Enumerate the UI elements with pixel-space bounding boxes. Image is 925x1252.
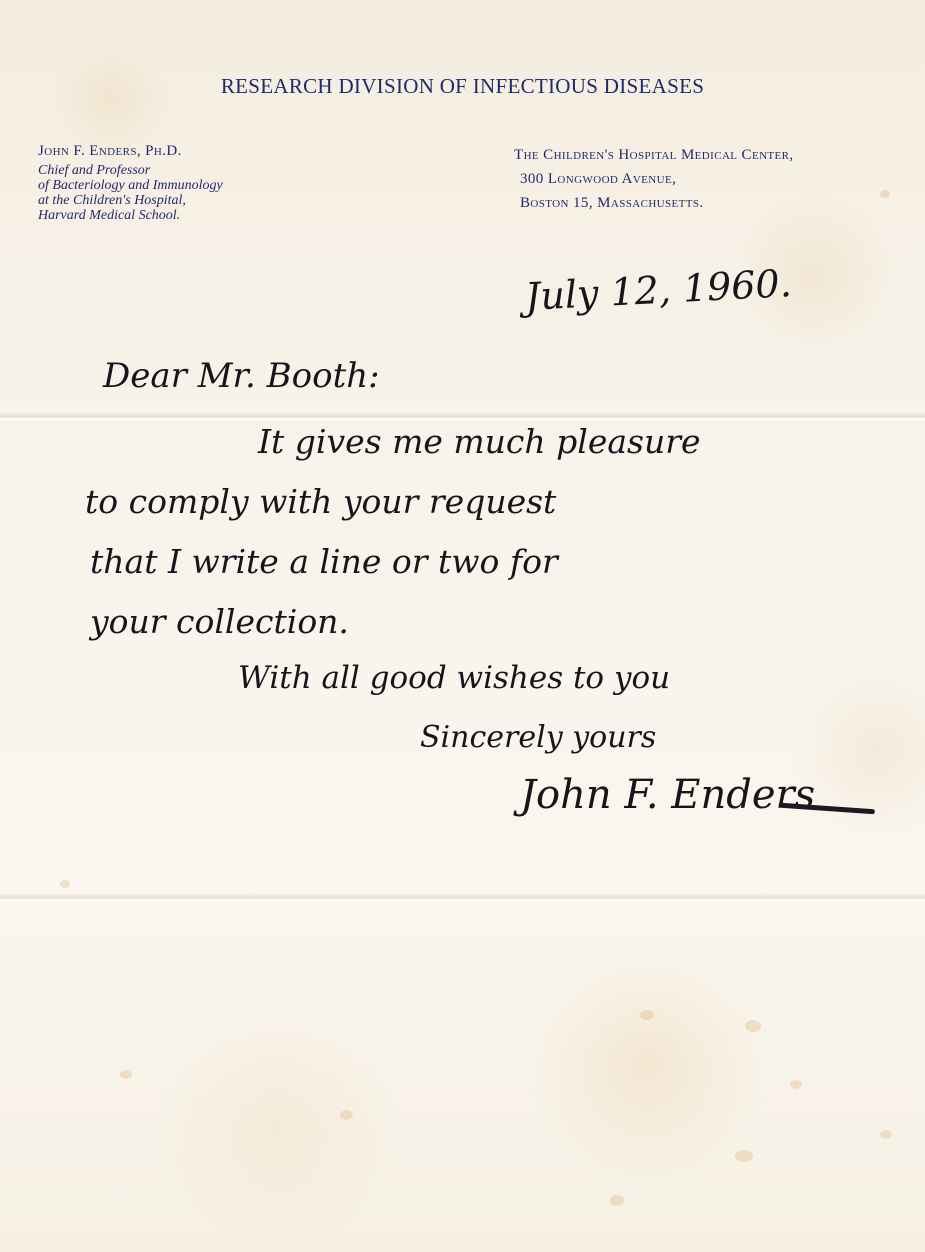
foxing-spot: [640, 1010, 654, 1020]
fold-crease-lower: [0, 893, 925, 903]
foxing-spot: [745, 1020, 761, 1032]
body-line: that I write a line or two for: [90, 542, 558, 581]
address-line: The Children's Hospital Medical Center,: [514, 143, 794, 167]
address-line: Boston 15, Massachusetts.: [514, 191, 794, 215]
sender-title-line: Harvard Medical School.: [38, 208, 223, 223]
foxing-spot: [340, 1110, 353, 1120]
body-line: your collection.: [90, 602, 349, 641]
sender-title-line: Chief and Professor: [38, 163, 223, 178]
foxing-spot: [880, 1130, 892, 1139]
fold-crease-upper: [0, 412, 925, 422]
closing-line: Sincerely yours: [420, 720, 656, 755]
salutation: Dear Mr. Booth:: [103, 356, 380, 396]
letterhead-title: RESEARCH DIVISION OF INFECTIOUS DISEASES: [0, 74, 925, 99]
body-line: It gives me much pleasure: [258, 422, 701, 461]
foxing-spot: [735, 1150, 753, 1162]
signature: John F. Enders: [520, 772, 815, 818]
foxing-spot: [60, 880, 70, 888]
sender-title-line: of Bacteriology and Immunology: [38, 178, 223, 193]
foxing-spot: [880, 190, 890, 198]
foxing-spot: [610, 1195, 624, 1206]
foxing-spot: [120, 1070, 132, 1079]
sender-title-line: at the Children's Hospital,: [38, 193, 223, 208]
closing-line: With all good wishes to you: [238, 660, 670, 696]
sender-block: John F. Enders, Ph.D. Chief and Professo…: [38, 143, 223, 223]
sender-name: John F. Enders, Ph.D.: [38, 143, 223, 160]
foxing-spot: [790, 1080, 802, 1089]
address-line: 300 Longwood Avenue,: [514, 167, 794, 191]
body-line: to comply with your request: [85, 482, 556, 521]
address-block: The Children's Hospital Medical Center, …: [514, 143, 794, 215]
